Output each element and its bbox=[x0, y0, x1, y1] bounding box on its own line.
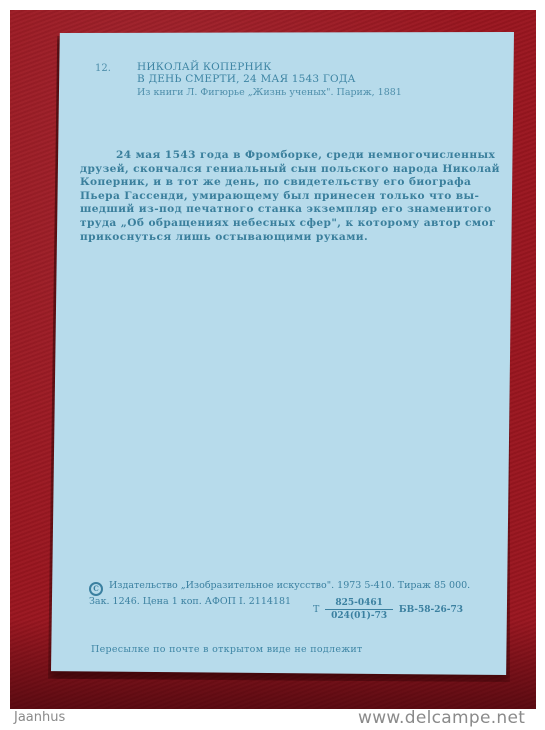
body-line: Пьера Гассенди, умирающему был принесен … bbox=[80, 190, 506, 204]
code-denominator: 024(01)-73 bbox=[331, 610, 387, 621]
card-heading: НИКОЛАЙ КОПЕРНИК В ДЕНЬ СМЕРТИ, 24 МАЯ 1… bbox=[137, 61, 356, 85]
imprint-line-1: CИздательство „Изобразительное искусство… bbox=[89, 580, 489, 596]
body-line: друзей, скончался гениальный сын польско… bbox=[80, 163, 506, 177]
body-line: Коперник, и в тот же день, по свидетельс… bbox=[80, 176, 506, 190]
body-line: труда „Об обращениях небесных сфер", к к… bbox=[80, 217, 506, 231]
postcard-back: 12. НИКОЛАЙ КОПЕРНИК В ДЕНЬ СМЕРТИ, 24 М… bbox=[51, 32, 514, 675]
code-numerator: 825-0461 bbox=[325, 598, 393, 610]
heading-line: В ДЕНЬ СМЕРТИ, 24 МАЯ 1543 ГОДА bbox=[137, 73, 356, 85]
catalog-code: Т 825-0461 024(01)-73 БВ-58-26-73 bbox=[313, 598, 463, 621]
code-suffix: БВ-58-26-73 bbox=[399, 605, 463, 615]
body-line: 24 мая 1543 года в Фромборке, среди немн… bbox=[80, 149, 506, 163]
heading-line: НИКОЛАЙ КОПЕРНИК bbox=[137, 61, 356, 73]
card-number: 12. bbox=[95, 63, 111, 74]
postal-notice: Пересылке по почте в открытом виде не по… bbox=[91, 644, 363, 655]
uploader-watermark: Jaanhus bbox=[14, 710, 65, 725]
site-watermark: www.delcampe.net bbox=[358, 708, 525, 728]
code-prefix: Т bbox=[313, 604, 319, 615]
source-citation: Из книги Л. Фигюрье „Жизнь ученых". Пари… bbox=[137, 87, 402, 98]
imprint-publisher: Издательство „Изобразительное искусство"… bbox=[109, 580, 470, 591]
description-text: 24 мая 1543 года в Фромборке, среди немн… bbox=[80, 149, 506, 244]
code-fraction: 825-0461 024(01)-73 bbox=[325, 598, 393, 621]
body-line: шедший из-под печатного станка экземпляр… bbox=[80, 203, 506, 217]
body-line: прикоснуться лишь остывающими руками. bbox=[80, 231, 506, 245]
copyright-icon: C bbox=[89, 582, 103, 596]
